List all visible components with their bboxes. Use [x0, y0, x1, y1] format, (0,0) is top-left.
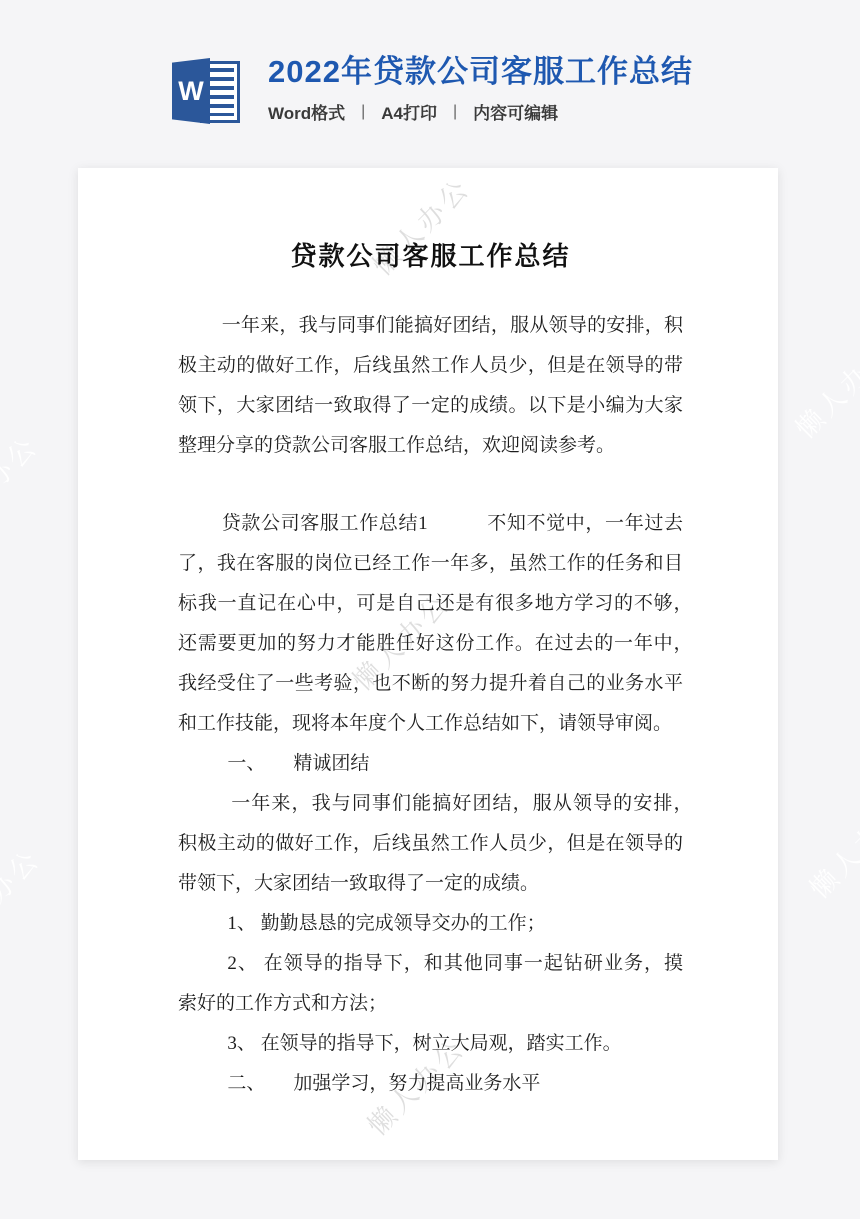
- document-page: 贷款公司客服工作总结 一年来，我与同事们能搞好团结，服从领导的安排，积 极主动的…: [78, 168, 778, 1160]
- header-meta: Word格式|A4打印|内容可编辑: [268, 99, 693, 124]
- watermark: 懒人办公: [0, 838, 48, 953]
- heading-label: 精诚团结: [293, 753, 369, 774]
- heading-marker: 二、: [227, 1073, 265, 1094]
- meta-separator: |: [361, 103, 365, 121]
- meta-item: Word格式: [268, 99, 345, 124]
- page-title: 2022年贷款公司客服工作总结: [268, 54, 693, 90]
- document-body: 一年来，我与同事们能搞好团结，服从领导的安排，积 极主动的做好工作，后线虽然工作…: [178, 306, 683, 1104]
- doc-paragraph: 一年来，我与同事们能搞好团结，服从领导的安排， 积极主动的做好工作，后线虽然工作…: [178, 784, 683, 904]
- watermark: 懒人办公: [799, 790, 860, 905]
- doc-paragraph: 3、 在领导的指导下，树立大局观，踏实工作。: [178, 1024, 683, 1064]
- doc-heading: 二、加强学习，努力提高业务水平: [178, 1064, 683, 1104]
- doc-paragraph: 贷款公司客服工作总结1 不知不觉中，一年过去了，我在客服的岗位已经工作一年多，虽…: [178, 504, 683, 744]
- page-background: { "header": { "title": "2022年贷款公司客服工作总结"…: [0, 0, 860, 1219]
- header: W 2022年贷款公司客服工作总结 Word格式|A4打印|内容可编辑: [172, 54, 693, 124]
- document-title: 贷款公司客服工作总结: [178, 232, 683, 282]
- doc-heading: 一、精诚团结: [178, 744, 683, 784]
- meta-item: A4打印: [381, 99, 437, 124]
- doc-paragraph: 2、 在领导的指导下，和其他同事一起钻研业务，摸 索好的工作方式和方法；: [178, 944, 683, 1024]
- watermark: 懒人办公: [785, 330, 860, 445]
- meta-item: 内容可编辑: [473, 99, 558, 124]
- meta-separator: |: [453, 103, 457, 121]
- watermark: 懒人办公: [0, 425, 46, 540]
- heading-marker: 一、: [227, 753, 265, 774]
- word-icon: W: [172, 58, 240, 124]
- document-content: 贷款公司客服工作总结 一年来，我与同事们能搞好团结，服从领导的安排，积 极主动的…: [178, 232, 683, 1104]
- doc-paragraph: 一年来，我与同事们能搞好团结，服从领导的安排，积 极主动的做好工作，后线虽然工作…: [178, 306, 683, 466]
- word-icon-letter: W: [172, 58, 210, 124]
- heading-label: 加强学习，努力提高业务水平: [293, 1073, 540, 1094]
- header-text: 2022年贷款公司客服工作总结 Word格式|A4打印|内容可编辑: [268, 54, 693, 124]
- doc-paragraph: 1、 勤勤恳恳的完成领导交办的工作；: [178, 904, 683, 944]
